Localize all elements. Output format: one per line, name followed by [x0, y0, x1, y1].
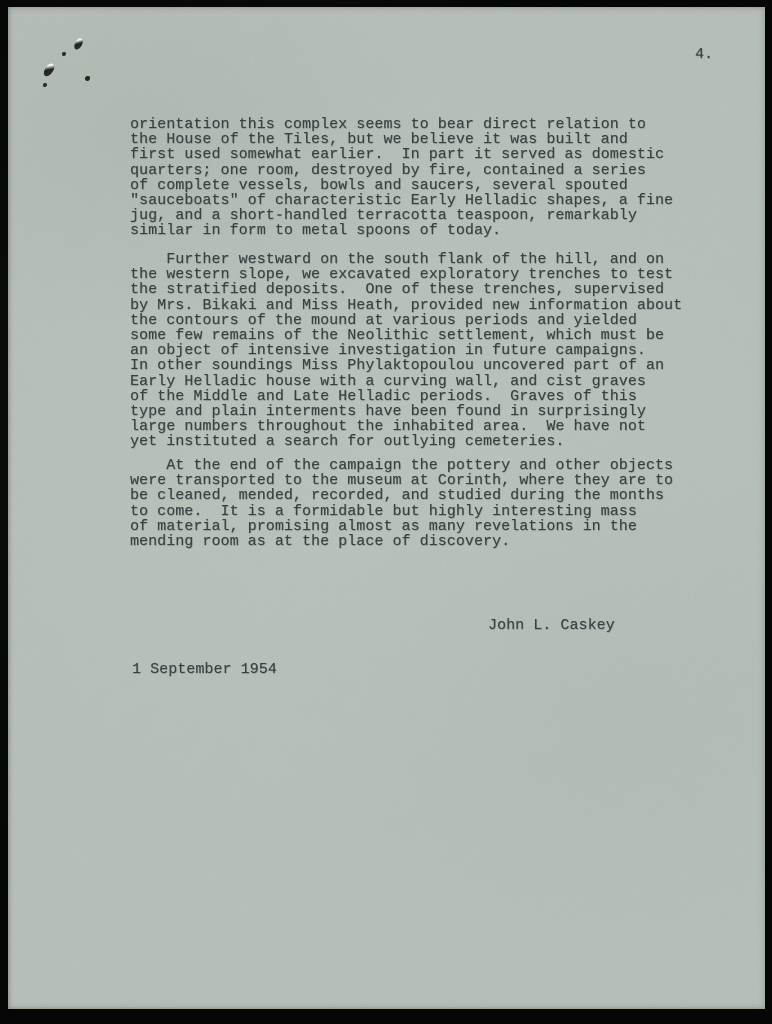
letter-page: 4. orientation this complex seems to bea… — [8, 7, 765, 1009]
paragraph-1: orientation this complex seems to bear d… — [130, 117, 673, 239]
signature: John L. Caskey — [488, 618, 615, 633]
ink-speck — [73, 37, 84, 51]
ink-speck — [42, 62, 56, 78]
page-number: 4. — [695, 47, 713, 62]
paragraph-3: At the end of the campaign the pottery a… — [130, 458, 673, 549]
ink-speck — [43, 83, 47, 87]
paragraph-2: Further westward on the south flank of t… — [130, 252, 682, 450]
date-line: 1 September 1954 — [132, 662, 277, 677]
scan-background: 4. orientation this complex seems to bea… — [0, 0, 772, 1024]
ink-speck — [85, 76, 90, 81]
ink-speck — [62, 52, 66, 56]
